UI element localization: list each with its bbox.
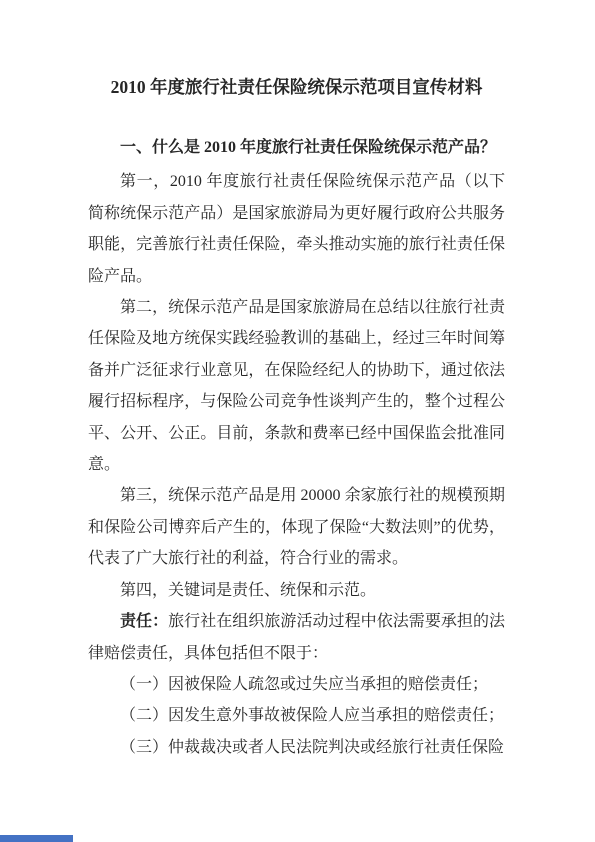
definition-term: 责任： (120, 613, 168, 630)
paragraph-first: 第一，2010 年度旅行社责任保险统保示范产品（以下简称统保示范产品）是国家旅游… (88, 166, 505, 292)
bottom-left-blue-bar-artifact (0, 835, 73, 842)
paragraph-fourth: 第四，关键词是责任、统保和示范。 (88, 575, 505, 606)
list-item-3: （三）仲裁裁决或者人民法院判决或经旅行社责任保险 (88, 732, 505, 763)
paragraph-third: 第三，统保示范产品是用 20000 余家旅行社的规模预期和保险公司博弈后产生的，… (88, 480, 505, 574)
list-item-2: （二）因发生意外事故被保险人应当承担的赔偿责任； (88, 700, 505, 731)
paragraph-second: 第二，统保示范产品是国家旅游局在总结以往旅行社责任保险及地方统保实践经验教训的基… (88, 292, 505, 480)
paragraph-definition: 责任：旅行社在组织旅游活动过程中依法需要承担的法律赔偿责任，具体包括但不限于： (88, 606, 505, 669)
document-page: 2010 年度旅行社责任保险统保示范项目宣传材料 一、什么是 2010 年度旅行… (0, 0, 595, 842)
document-title: 2010 年度旅行社责任保险统保示范项目宣传材料 (88, 76, 505, 98)
list-item-1: （一）因被保险人疏忽或过失应当承担的赔偿责任； (88, 669, 505, 700)
section-heading: 一、什么是 2010 年度旅行社责任保险统保示范产品？ (88, 132, 505, 163)
